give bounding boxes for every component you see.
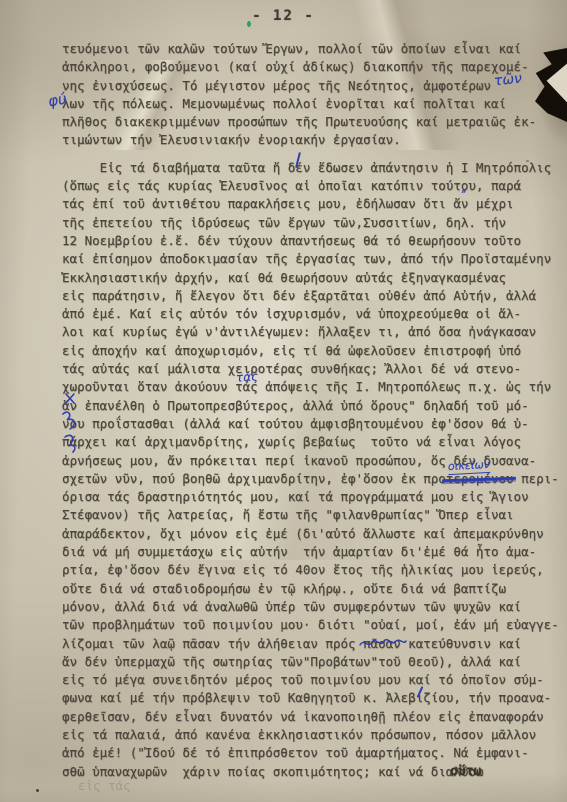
typewritten-line: ἀπόκληροι, φοβούμενοι (καί οὐχί ἀδίκως) …: [62, 58, 567, 76]
typewritten-line: Στέφανον) τῆς λατρείας, ἤ ἔστω τῆς "φιλα…: [62, 506, 567, 524]
typewritten-line: εἰς ἀποχήν καί ἀποχωρισμόν, εἰς τί θά ὠφ…: [62, 342, 567, 360]
typewritten-line: τιμώντων τήν Ἐλευσινιακήν ἐνοριακήν ἐργα…: [62, 131, 567, 149]
typewritten-line: (ὅπως εἰς τάς κυρίας Ἐλευσῖνος αἱ ὁποῖαι…: [62, 177, 567, 195]
typewritten-line: εἰς παράτησιν, ἤ ἔλεγον ὅτι δέν ἐξαρτᾶτα…: [62, 287, 567, 305]
typewritten-text: τευόμενοι τῶν καλῶν τούτων Ἔργων, πολλοί…: [62, 40, 567, 781]
typewritten-line: οὔτε διά νά σταδιοδρομήσω ἐν τῷ κλήρῳ., …: [62, 580, 567, 598]
typewritten-line: λίζομαι τῶν λαῷ πᾶσαν τήν ἀλήθειαν πρός …: [62, 635, 567, 653]
typewritten-line: καί ἐπίσημον ἀποδοκιμασίαν τῆς ἐργασίας …: [62, 250, 567, 268]
pen-margin-scribble: [56, 390, 98, 456]
typewritten-line: ἄν δέν ὑπερμαχῶ τῆς σωτηρίας τῶν"Προβάτω…: [62, 653, 567, 671]
handwritten-breathing-marks: ’’: [460, 188, 464, 202]
green-ink-dot: [247, 21, 251, 27]
typewritten-line: χωροῦνται ὅταν ἀκούουν τάς ἀπόψεις τῆς Ι…: [62, 378, 567, 396]
typewritten-line: ἄν ἐπανέλθη ὁ Πρωτοπρεσβύτερος, ἀλλά ὑπό…: [62, 397, 567, 415]
typewritten-line: ἀρνήσεως μου, ἄν πρόκειται περί ἱκανοῦ π…: [62, 452, 567, 470]
typewritten-line: 12 Νοεμβρίου ἐ.ἔ. δέν τύχουν ἀπαντήσεως …: [62, 232, 567, 250]
typewritten-line: μόνον, ἀλλά διά νά ἀναλωθῶ ὑπέρ τῶν συμφ…: [62, 598, 567, 616]
typewritten-line: λων τῆς πόλεως. Μεμονωμένως πολλοί ἐνορῖ…: [62, 95, 567, 113]
handwritten-word-ton: τῶν: [493, 71, 523, 90]
typewritten-line: εἰς τά παλαιά, ἀπό κανένα ἐκκλησιαστικόν…: [62, 726, 567, 744]
typewritten-line: Εἰς τά διαβήματα ταῦτα ἤ δέν ἔδωσεν ἀπάν…: [62, 159, 567, 177]
typewritten-line: πάρχει καί ἀρχιμανδρίτης, χωρίς βεβαίως …: [62, 433, 567, 451]
typewritten-line: φερθεῖσαν, δέν εἶναι δυνατόν νά ἱκανοποι…: [62, 708, 567, 726]
typewritten-line: νης ἐνισχύσεως. Τό μέγιστον μέρος τῆς Νε…: [62, 77, 567, 95]
typewritten-line: ἀπό ἐμέ. Καί εἰς αὐτόν τόν ἰσχυρισμόν, ν…: [62, 305, 567, 323]
typewritten-line: φωνα καί μέ τήν πρόβλεψιν τοῦ Καθηγητοῦ …: [62, 689, 567, 707]
typewritten-line: εἰς τό μέγα συνειδητόν μέρος τοῦ ποιμνίο…: [62, 671, 567, 689]
typewritten-line: ἀπαράδεκτον, ὄχι μόνον εἰς ἐμέ (δι'αὐτό …: [62, 525, 567, 543]
handwritten-correction-oikeion: οικείων: [448, 458, 491, 475]
typewritten-line: σθῶ ὑπαναχωρῶν χάριν ποίας σκοπιμότητος;…: [62, 763, 567, 781]
typewritten-line: ἀπό ἐμέ! ("Ἰδού δέ τό ἐπιπρόσθετον τοῦ ἁ…: [62, 744, 567, 762]
handwritten-margin-syllable: φύ: [47, 90, 68, 111]
typewritten-line: λοι καί κυρίως ἐγώ ν'ἀντιλέγωμεν: ἤλλαξε…: [62, 323, 567, 341]
typewritten-line: όρισα τάς δραστηριότητός μου, καί τά προ…: [62, 488, 567, 506]
handwritten-word-tas: τάς: [236, 369, 259, 385]
pen-squiggle: [358, 636, 408, 650]
typewritten-line: ρτία, ἐφ'ὅσον δέν ἔγινα εἰς τό 40ον ἔτος…: [62, 561, 567, 579]
handwritten-word-outo: οὕτω: [450, 764, 481, 779]
typewritten-line: τῆς ἐπετείου τῆς ἱδρύσεως τῶν ἔργων τῶν,…: [62, 214, 567, 232]
typewritten-line: Ἐκκλησιαστικήν ἀρχήν, καί θά θεωρήσουν α…: [62, 269, 567, 287]
scanned-document-page: - 12 - τευόμενοι τῶν καλῶν τούτων Ἔργων,…: [0, 0, 567, 802]
typewritten-line: τῶν προβλημάτων τοῦ ποιμνίου μου· διότι …: [62, 616, 567, 634]
typewritten-line: τευόμενοι τῶν καλῶν τούτων Ἔργων, πολλοί…: [62, 40, 567, 58]
typewritten-line: νου προΐστασθαι (ἀλλά καί τούτου ἀμφισβη…: [62, 415, 567, 433]
typewritten-line: διά νά μή συμμετάσχω εἰς αὐτήν τήν ἁμαρτ…: [62, 543, 567, 561]
ink-speck: [36, 789, 39, 792]
typewritten-line: πλῆθος διακεκριμμένων προσώπων τῆς Πρωτε…: [62, 113, 567, 131]
page-number: - 12 -: [0, 8, 567, 24]
typewritten-line: τάς ἐπί τοῦ ἀντιθέτου παρακλήσεις μου, ἐ…: [62, 195, 567, 213]
faint-ghost-text: εἰς τάς: [78, 778, 131, 793]
typewritten-line: τάς αὐτάς καί μάλιστα χειροτέρας συνθήκα…: [62, 360, 567, 378]
